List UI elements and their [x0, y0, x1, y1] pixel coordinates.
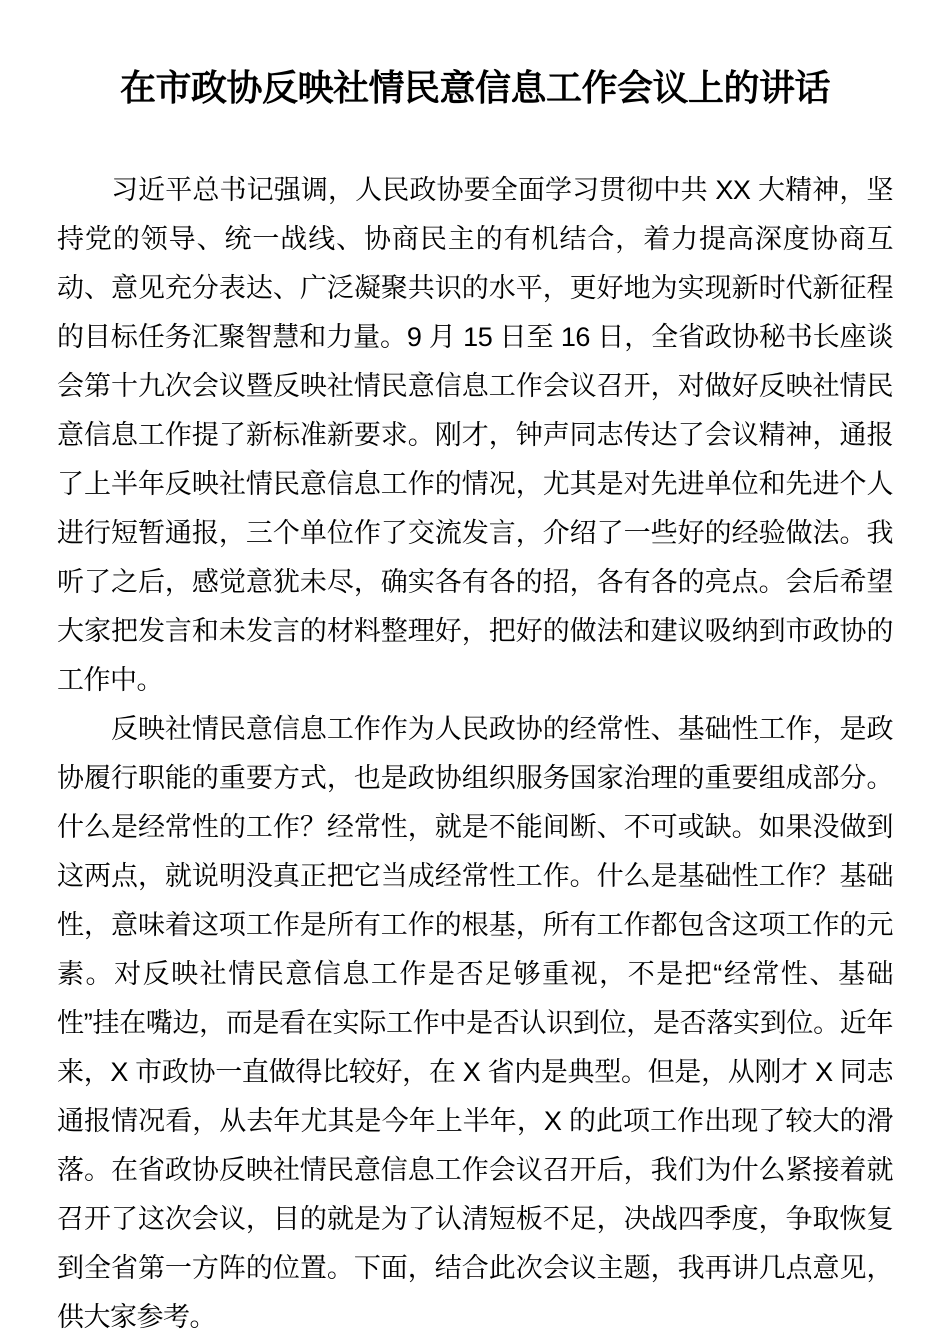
paragraph-1: 习近平总书记强调，人民政协要全面学习贯彻中共 XX 大精神，坚持党的领导、统一战…	[57, 166, 893, 705]
document-page: 在市政协反映社情民意信息工作会议上的讲话 习近平总书记强调，人民政协要全面学习贯…	[0, 0, 950, 1344]
document-title: 在市政协反映社情民意信息工作会议上的讲话	[57, 66, 893, 109]
paragraph-2: 反映社情民意信息工作作为人民政协的经常性、基础性工作，是政协履行职能的重要方式，…	[57, 705, 893, 1342]
document-body: 习近平总书记强调，人民政协要全面学习贯彻中共 XX 大精神，坚持党的领导、统一战…	[57, 166, 893, 1342]
